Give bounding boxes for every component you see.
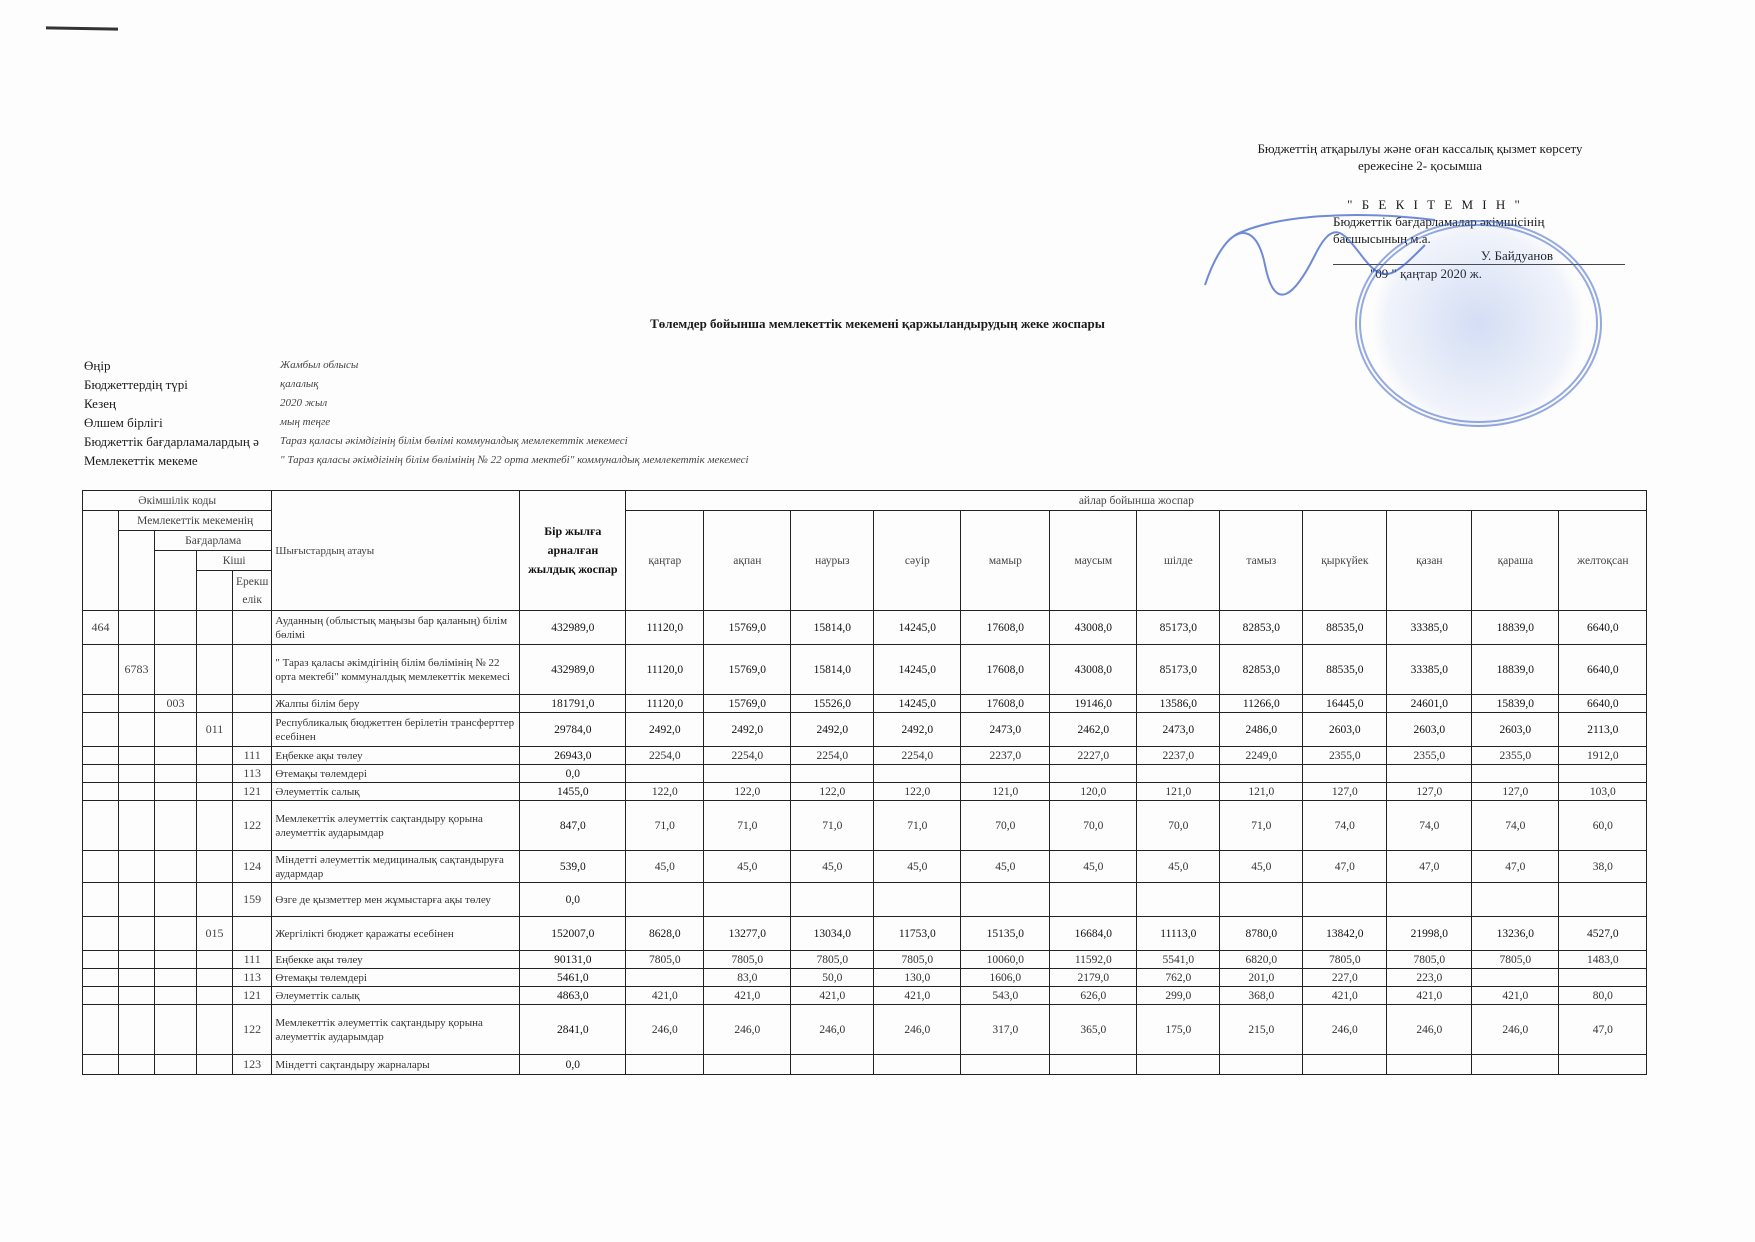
month-value: 11266,0 bbox=[1220, 695, 1303, 713]
code-cell: 464 bbox=[83, 611, 119, 645]
month-value: 2492,0 bbox=[791, 713, 874, 747]
month-value: 2603,0 bbox=[1303, 713, 1387, 747]
code-cell bbox=[119, 951, 155, 969]
expense-name: Ауданның (облыстық маңызы бар қаланың) б… bbox=[272, 611, 520, 645]
month-value: 122,0 bbox=[874, 783, 961, 801]
month-value bbox=[1137, 765, 1220, 783]
month-value: 83,0 bbox=[704, 969, 791, 987]
meta-row: Өлшем бірлігімың теңге bbox=[84, 413, 749, 432]
document-title: Төлемдер бойынша мемлекеттік мекемені қа… bbox=[0, 316, 1755, 332]
header-spacer bbox=[155, 551, 197, 611]
month-value: 2492,0 bbox=[874, 713, 961, 747]
month-value: 47,0 bbox=[1387, 851, 1472, 883]
table-row: 121Әлеуметтік салық4863,0421,0421,0421,0… bbox=[83, 987, 1647, 1005]
table-row: 123Міндетті сақтандыру жарналары0,0 bbox=[83, 1055, 1647, 1075]
code-cell bbox=[119, 851, 155, 883]
financing-plan-table: Әкімшілік кодыШығыстардың атауыБір жылға… bbox=[82, 490, 1647, 1075]
code-cell bbox=[83, 695, 119, 713]
code-cell bbox=[83, 801, 119, 851]
header-expense-name: Шығыстардың атауы bbox=[272, 491, 520, 611]
month-value bbox=[1559, 765, 1647, 783]
month-value: 2254,0 bbox=[626, 747, 704, 765]
month-value: 33385,0 bbox=[1387, 645, 1472, 695]
header-month: мамыр bbox=[961, 511, 1050, 611]
month-value: 121,0 bbox=[1137, 783, 1220, 801]
month-value bbox=[704, 1055, 791, 1075]
month-value: 626,0 bbox=[1050, 987, 1137, 1005]
code-cell bbox=[197, 883, 233, 917]
code-cell: 123 bbox=[233, 1055, 272, 1075]
code-cell bbox=[197, 851, 233, 883]
header-specific: Ерекш елік bbox=[233, 571, 272, 611]
code-cell bbox=[155, 611, 197, 645]
month-value: 8780,0 bbox=[1220, 917, 1303, 951]
month-value: 14245,0 bbox=[874, 695, 961, 713]
month-value: 85173,0 bbox=[1137, 611, 1220, 645]
code-cell: 011 bbox=[197, 713, 233, 747]
month-value bbox=[1137, 883, 1220, 917]
expense-name: Өтемақы төлемдері bbox=[272, 765, 520, 783]
month-value: 47,0 bbox=[1472, 851, 1559, 883]
month-value: 11120,0 bbox=[626, 645, 704, 695]
month-value: 421,0 bbox=[704, 987, 791, 1005]
code-cell bbox=[119, 695, 155, 713]
month-value: 246,0 bbox=[1387, 1005, 1472, 1055]
month-value: 82853,0 bbox=[1220, 645, 1303, 695]
month-value: 246,0 bbox=[1472, 1005, 1559, 1055]
code-cell bbox=[155, 951, 197, 969]
code-cell bbox=[83, 851, 119, 883]
meta-value: мың теңге bbox=[280, 413, 330, 432]
table-row: 121Әлеуметтік салық1455,0122,0122,0122,0… bbox=[83, 783, 1647, 801]
month-value: 10060,0 bbox=[961, 951, 1050, 969]
table-row: 113Өтемақы төлемдері0,0 bbox=[83, 765, 1647, 783]
meta-row: Бюджеттік бағдарламалардың әТараз қаласы… bbox=[84, 432, 749, 451]
month-value: 71,0 bbox=[626, 801, 704, 851]
month-value bbox=[1050, 765, 1137, 783]
annual-value: 4863,0 bbox=[520, 987, 626, 1005]
month-value: 122,0 bbox=[704, 783, 791, 801]
month-value bbox=[791, 1055, 874, 1075]
month-value: 71,0 bbox=[704, 801, 791, 851]
month-value: 15526,0 bbox=[791, 695, 874, 713]
code-cell bbox=[197, 969, 233, 987]
code-cell bbox=[197, 765, 233, 783]
header-month: қазан bbox=[1387, 511, 1472, 611]
annual-value: 181791,0 bbox=[520, 695, 626, 713]
code-cell: 121 bbox=[233, 783, 272, 801]
code-cell bbox=[155, 1005, 197, 1055]
month-value: 127,0 bbox=[1472, 783, 1559, 801]
month-value: 2492,0 bbox=[704, 713, 791, 747]
month-value: 2179,0 bbox=[1050, 969, 1137, 987]
code-cell: 121 bbox=[233, 987, 272, 1005]
month-value: 71,0 bbox=[791, 801, 874, 851]
month-value: 2473,0 bbox=[961, 713, 1050, 747]
annual-value: 539,0 bbox=[520, 851, 626, 883]
month-value: 16684,0 bbox=[1050, 917, 1137, 951]
table-row: 122Мемлекеттік әлеуметтік сақтандыру қор… bbox=[83, 1005, 1647, 1055]
month-value: 421,0 bbox=[1387, 987, 1472, 1005]
month-value bbox=[1050, 1055, 1137, 1075]
expense-name: Республикалық бюджеттен берілетін трансф… bbox=[272, 713, 520, 747]
header-month: шілде bbox=[1137, 511, 1220, 611]
month-value: 45,0 bbox=[874, 851, 961, 883]
code-cell bbox=[119, 987, 155, 1005]
month-value: 74,0 bbox=[1303, 801, 1387, 851]
header-program: Бағдарлама bbox=[155, 531, 272, 551]
meta-value: " Тараз қаласы әкімдігінің білім бөлімін… bbox=[280, 451, 749, 470]
month-value bbox=[1220, 765, 1303, 783]
meta-label: Өңір bbox=[84, 356, 280, 375]
month-value: 1912,0 bbox=[1559, 747, 1647, 765]
month-value: 11113,0 bbox=[1137, 917, 1220, 951]
code-cell bbox=[155, 747, 197, 765]
code-cell bbox=[155, 851, 197, 883]
header-monthly-plan: айлар бойынша жоспар bbox=[626, 491, 1647, 511]
month-value: 5541,0 bbox=[1137, 951, 1220, 969]
header-annual-plan: Бір жылға арналған жылдық жоспар bbox=[520, 491, 626, 611]
month-value: 6640,0 bbox=[1559, 645, 1647, 695]
table-row: 015Жергілікті бюджет қаражаты есебінен15… bbox=[83, 917, 1647, 951]
header-month: қараша bbox=[1472, 511, 1559, 611]
month-value bbox=[1137, 1055, 1220, 1075]
code-cell: 111 bbox=[233, 951, 272, 969]
month-value: 45,0 bbox=[1220, 851, 1303, 883]
code-cell bbox=[155, 765, 197, 783]
code-cell: 113 bbox=[233, 765, 272, 783]
code-cell bbox=[197, 1055, 233, 1075]
month-value: 201,0 bbox=[1220, 969, 1303, 987]
signature-icon bbox=[1195, 205, 1445, 300]
code-cell bbox=[233, 713, 272, 747]
code-cell bbox=[119, 969, 155, 987]
code-cell: 6783 bbox=[119, 645, 155, 695]
annual-value: 29784,0 bbox=[520, 713, 626, 747]
month-value bbox=[874, 765, 961, 783]
month-value: 13236,0 bbox=[1472, 917, 1559, 951]
meta-block: ӨңірЖамбыл облысыБюджеттердің түріқалалы… bbox=[84, 356, 749, 470]
code-cell: 113 bbox=[233, 969, 272, 987]
annual-value: 152007,0 bbox=[520, 917, 626, 951]
code-cell: 159 bbox=[233, 883, 272, 917]
month-value bbox=[1387, 883, 1472, 917]
month-value: 421,0 bbox=[874, 987, 961, 1005]
month-value bbox=[626, 1055, 704, 1075]
table-row: 111Еңбекке ақы төлеу26943,02254,02254,02… bbox=[83, 747, 1647, 765]
month-value: 80,0 bbox=[1559, 987, 1647, 1005]
month-value: 43008,0 bbox=[1050, 611, 1137, 645]
code-cell bbox=[119, 783, 155, 801]
month-value: 762,0 bbox=[1137, 969, 1220, 987]
code-cell bbox=[155, 883, 197, 917]
month-value bbox=[961, 1055, 1050, 1075]
meta-value: 2020 жыл bbox=[280, 394, 327, 413]
month-value: 11120,0 bbox=[626, 611, 704, 645]
month-value bbox=[1387, 765, 1472, 783]
code-cell bbox=[197, 783, 233, 801]
month-value: 7805,0 bbox=[874, 951, 961, 969]
meta-value: Тараз қаласы әкімдігінің білім бөлімі ко… bbox=[280, 432, 628, 451]
code-cell bbox=[197, 747, 233, 765]
expense-name: Әлеуметтік салық bbox=[272, 987, 520, 1005]
month-value: 2237,0 bbox=[1137, 747, 1220, 765]
expense-name: Өтемақы төлемдері bbox=[272, 969, 520, 987]
header-month: сәуір bbox=[874, 511, 961, 611]
code-cell bbox=[197, 951, 233, 969]
code-cell bbox=[197, 695, 233, 713]
code-cell bbox=[83, 951, 119, 969]
month-value: 2113,0 bbox=[1559, 713, 1647, 747]
month-value: 2249,0 bbox=[1220, 747, 1303, 765]
month-value: 17608,0 bbox=[961, 611, 1050, 645]
month-value: 7805,0 bbox=[626, 951, 704, 969]
code-cell bbox=[119, 765, 155, 783]
month-value: 16445,0 bbox=[1303, 695, 1387, 713]
month-value bbox=[1472, 883, 1559, 917]
header-month: қаңтар bbox=[626, 511, 704, 611]
code-cell bbox=[83, 645, 119, 695]
month-value bbox=[1303, 1055, 1387, 1075]
appendix-line-2: ережесіне 2- қосымша bbox=[1215, 157, 1625, 174]
month-value: 2492,0 bbox=[626, 713, 704, 747]
month-value: 421,0 bbox=[1472, 987, 1559, 1005]
header-subprogram: Кіші bbox=[197, 551, 272, 571]
month-value bbox=[1472, 1055, 1559, 1075]
month-value: 2462,0 bbox=[1050, 713, 1137, 747]
table-row: 124Міндетті әлеуметтік медициналық сақта… bbox=[83, 851, 1647, 883]
annual-value: 26943,0 bbox=[520, 747, 626, 765]
expense-name: Мемлекеттік әлеуметтік сақтандыру қорына… bbox=[272, 1005, 520, 1055]
month-value: 45,0 bbox=[704, 851, 791, 883]
code-cell: 124 bbox=[233, 851, 272, 883]
annual-value: 432989,0 bbox=[520, 611, 626, 645]
scan-artifact-line bbox=[46, 26, 118, 30]
code-cell: 003 bbox=[155, 695, 197, 713]
code-cell bbox=[83, 987, 119, 1005]
code-cell bbox=[83, 917, 119, 951]
month-value: 2254,0 bbox=[874, 747, 961, 765]
code-cell bbox=[83, 969, 119, 987]
month-value: 2227,0 bbox=[1050, 747, 1137, 765]
month-value: 21998,0 bbox=[1387, 917, 1472, 951]
month-value bbox=[626, 765, 704, 783]
month-value: 74,0 bbox=[1387, 801, 1472, 851]
code-cell: 122 bbox=[233, 1005, 272, 1055]
code-cell bbox=[119, 713, 155, 747]
annual-value: 90131,0 bbox=[520, 951, 626, 969]
month-value: 82853,0 bbox=[1220, 611, 1303, 645]
month-value: 13842,0 bbox=[1303, 917, 1387, 951]
table-row: 003Жалпы білім беру181791,011120,015769,… bbox=[83, 695, 1647, 713]
header-spacer bbox=[119, 531, 155, 611]
expense-name: Жалпы білім беру bbox=[272, 695, 520, 713]
table-row: 6783" Тараз қаласы әкімдігінің білім бөл… bbox=[83, 645, 1647, 695]
month-value bbox=[1387, 1055, 1472, 1075]
month-value: 1483,0 bbox=[1559, 951, 1647, 969]
month-value: 2355,0 bbox=[1472, 747, 1559, 765]
month-value: 18839,0 bbox=[1472, 611, 1559, 645]
code-cell bbox=[83, 713, 119, 747]
month-value: 88535,0 bbox=[1303, 645, 1387, 695]
code-cell bbox=[197, 1005, 233, 1055]
header-month: желтоқсан bbox=[1559, 511, 1647, 611]
month-value: 15814,0 bbox=[791, 645, 874, 695]
month-value: 223,0 bbox=[1387, 969, 1472, 987]
code-cell bbox=[197, 801, 233, 851]
month-value: 38,0 bbox=[1559, 851, 1647, 883]
meta-value: Жамбыл облысы bbox=[280, 356, 358, 375]
month-value: 24601,0 bbox=[1387, 695, 1472, 713]
month-value: 11592,0 bbox=[1050, 951, 1137, 969]
month-value: 70,0 bbox=[1050, 801, 1137, 851]
month-value bbox=[1303, 765, 1387, 783]
header-month: тамыз bbox=[1220, 511, 1303, 611]
month-value: 45,0 bbox=[626, 851, 704, 883]
month-value: 543,0 bbox=[961, 987, 1050, 1005]
month-value: 45,0 bbox=[961, 851, 1050, 883]
meta-row: ӨңірЖамбыл облысы bbox=[84, 356, 749, 375]
annual-value: 1455,0 bbox=[520, 783, 626, 801]
expense-name: Әлеуметтік салық bbox=[272, 783, 520, 801]
code-cell bbox=[155, 987, 197, 1005]
month-value: 11120,0 bbox=[626, 695, 704, 713]
month-value: 43008,0 bbox=[1050, 645, 1137, 695]
code-cell bbox=[155, 645, 197, 695]
meta-label: Бюджеттердің түрі bbox=[84, 375, 280, 394]
month-value bbox=[1050, 883, 1137, 917]
header-month: наурыз bbox=[791, 511, 874, 611]
code-cell bbox=[233, 611, 272, 645]
code-cell bbox=[233, 645, 272, 695]
month-value: 50,0 bbox=[791, 969, 874, 987]
header-admin-code: Әкімшілік коды bbox=[83, 491, 272, 511]
month-value: 70,0 bbox=[961, 801, 1050, 851]
month-value: 47,0 bbox=[1559, 1005, 1647, 1055]
month-value: 2254,0 bbox=[791, 747, 874, 765]
month-value: 421,0 bbox=[626, 987, 704, 1005]
month-value: 2603,0 bbox=[1472, 713, 1559, 747]
code-cell bbox=[155, 1055, 197, 1075]
month-value: 11753,0 bbox=[874, 917, 961, 951]
month-value: 2355,0 bbox=[1387, 747, 1472, 765]
annual-value: 0,0 bbox=[520, 765, 626, 783]
month-value: 4527,0 bbox=[1559, 917, 1647, 951]
month-value: 33385,0 bbox=[1387, 611, 1472, 645]
month-value: 246,0 bbox=[1303, 1005, 1387, 1055]
table-row: 122Мемлекеттік әлеуметтік сақтандыру қор… bbox=[83, 801, 1647, 851]
code-cell bbox=[119, 611, 155, 645]
month-value: 122,0 bbox=[626, 783, 704, 801]
month-value: 15769,0 bbox=[704, 611, 791, 645]
month-value bbox=[626, 883, 704, 917]
month-value: 8628,0 bbox=[626, 917, 704, 951]
meta-value: қалалық bbox=[280, 375, 318, 394]
month-value: 175,0 bbox=[1137, 1005, 1220, 1055]
table-row: 464Ауданның (облыстық маңызы бар қаланың… bbox=[83, 611, 1647, 645]
month-value: 2486,0 bbox=[1220, 713, 1303, 747]
month-value: 2237,0 bbox=[961, 747, 1050, 765]
month-value: 7805,0 bbox=[704, 951, 791, 969]
meta-row: Мемлекеттік мекеме" Тараз қаласы әкімдіг… bbox=[84, 451, 749, 470]
month-value bbox=[1559, 883, 1647, 917]
month-value: 122,0 bbox=[791, 783, 874, 801]
month-value: 246,0 bbox=[704, 1005, 791, 1055]
month-value: 299,0 bbox=[1137, 987, 1220, 1005]
month-value: 47,0 bbox=[1303, 851, 1387, 883]
code-cell bbox=[83, 765, 119, 783]
month-value: 1606,0 bbox=[961, 969, 1050, 987]
code-cell bbox=[155, 969, 197, 987]
month-value: 246,0 bbox=[626, 1005, 704, 1055]
month-value: 365,0 bbox=[1050, 1005, 1137, 1055]
annual-value: 5461,0 bbox=[520, 969, 626, 987]
month-value: 227,0 bbox=[1303, 969, 1387, 987]
month-value: 7805,0 bbox=[791, 951, 874, 969]
meta-row: Бюджеттердің түріқалалық bbox=[84, 375, 749, 394]
code-cell bbox=[83, 1055, 119, 1075]
code-cell bbox=[233, 695, 272, 713]
month-value: 246,0 bbox=[791, 1005, 874, 1055]
month-value: 15769,0 bbox=[704, 645, 791, 695]
code-cell bbox=[119, 801, 155, 851]
month-value: 13034,0 bbox=[791, 917, 874, 951]
month-value: 2473,0 bbox=[1137, 713, 1220, 747]
meta-row: Кезең2020 жыл bbox=[84, 394, 749, 413]
expense-name: Жергілікті бюджет қаражаты есебінен bbox=[272, 917, 520, 951]
annual-value: 0,0 bbox=[520, 883, 626, 917]
month-value: 15839,0 bbox=[1472, 695, 1559, 713]
month-value bbox=[704, 883, 791, 917]
annual-value: 0,0 bbox=[520, 1055, 626, 1075]
month-value bbox=[1303, 883, 1387, 917]
month-value bbox=[1220, 1055, 1303, 1075]
month-value: 14245,0 bbox=[874, 611, 961, 645]
appendix-line-1: Бюджеттің атқарылуы және оған кассалық қ… bbox=[1215, 140, 1625, 157]
header-institution: Мемлекеттік мекеменің bbox=[119, 511, 272, 531]
code-cell: 122 bbox=[233, 801, 272, 851]
expense-name: Міндетті әлеуметтік медициналық сақтанды… bbox=[272, 851, 520, 883]
month-value: 14245,0 bbox=[874, 645, 961, 695]
month-value: 15769,0 bbox=[704, 695, 791, 713]
month-value: 368,0 bbox=[1220, 987, 1303, 1005]
month-value: 13586,0 bbox=[1137, 695, 1220, 713]
month-value: 2355,0 bbox=[1303, 747, 1387, 765]
month-value: 317,0 bbox=[961, 1005, 1050, 1055]
month-value bbox=[791, 765, 874, 783]
month-value: 18839,0 bbox=[1472, 645, 1559, 695]
code-cell bbox=[83, 1005, 119, 1055]
month-value: 7805,0 bbox=[1472, 951, 1559, 969]
month-value bbox=[626, 969, 704, 987]
month-value: 246,0 bbox=[874, 1005, 961, 1055]
month-value bbox=[1220, 883, 1303, 917]
month-value: 45,0 bbox=[1050, 851, 1137, 883]
month-value: 127,0 bbox=[1387, 783, 1472, 801]
code-cell bbox=[197, 611, 233, 645]
expense-name: " Тараз қаласы әкімдігінің білім бөлімін… bbox=[272, 645, 520, 695]
month-value: 7805,0 bbox=[1387, 951, 1472, 969]
header-month: қыркүйек bbox=[1303, 511, 1387, 611]
expense-name: Өзге де қызметтер мен жұмыстарға ақы төл… bbox=[272, 883, 520, 917]
month-value: 15814,0 bbox=[791, 611, 874, 645]
code-cell bbox=[119, 747, 155, 765]
month-value: 17608,0 bbox=[961, 645, 1050, 695]
code-cell bbox=[155, 783, 197, 801]
code-cell: 015 bbox=[197, 917, 233, 951]
header-spacer bbox=[83, 511, 119, 611]
month-value: 6640,0 bbox=[1559, 611, 1647, 645]
